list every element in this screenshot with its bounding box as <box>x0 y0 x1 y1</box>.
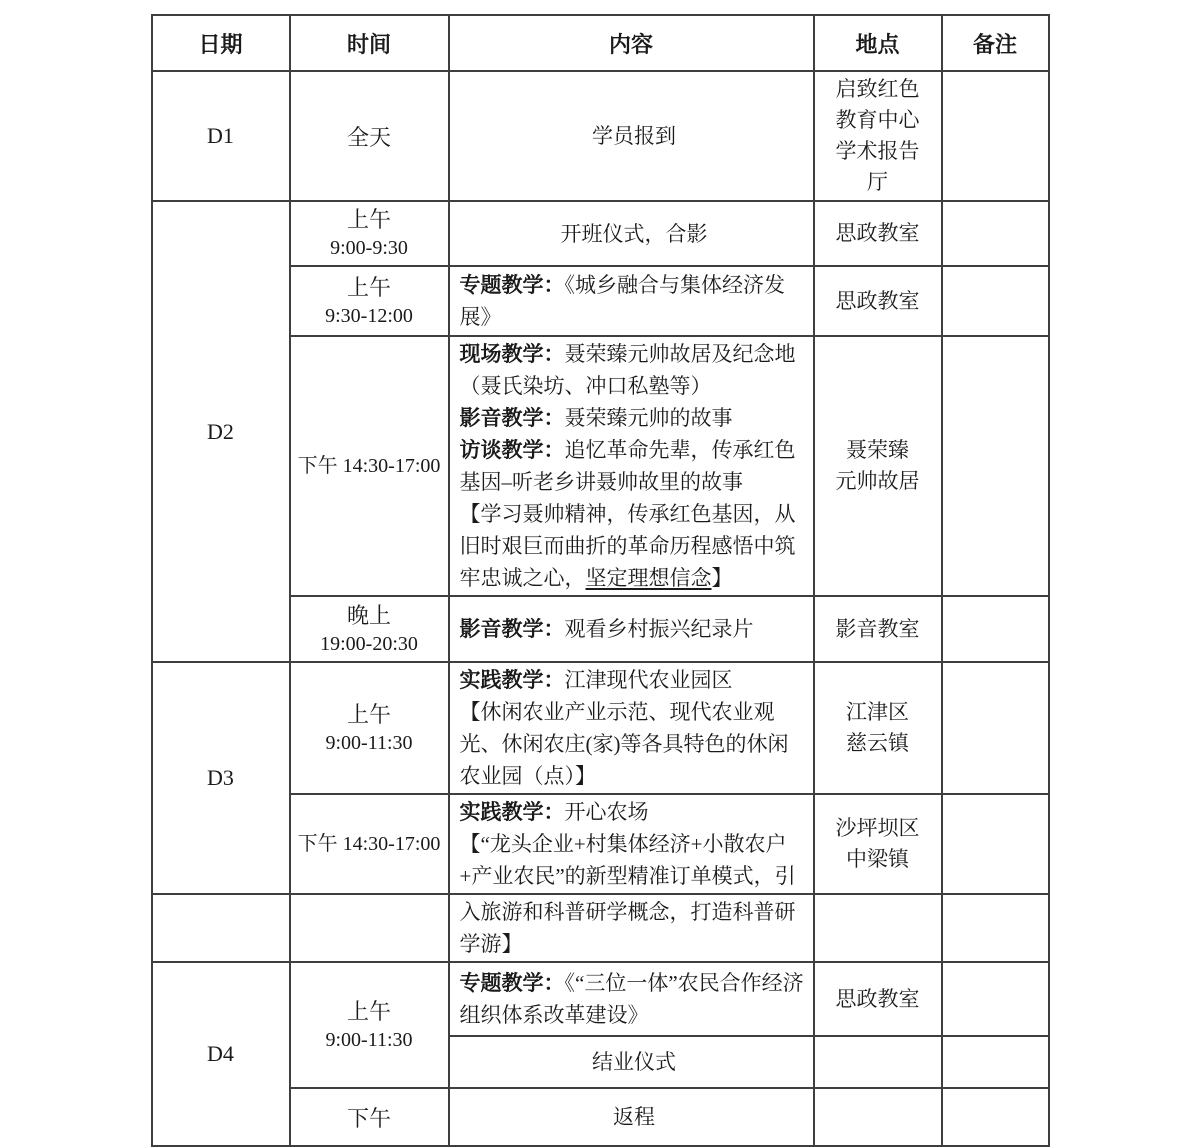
row-d1: D1 全天 学员报到 启致红色 教育中心 学术报告 厅 <box>152 71 1049 201</box>
time-range: 9:00-11:30 <box>293 730 446 757</box>
row-d2-morning1: D2 上午 9:00-9:30 开班仪式，合影 思政教室 <box>152 201 1049 266</box>
time-range: 9:00-9:30 <box>293 235 446 262</box>
time-range: 下午 14:30-17:00 <box>293 453 446 479</box>
time-period: 上午 <box>293 700 446 730</box>
teaching-type-label: 访谈教学： <box>460 438 565 462</box>
notes-cell <box>942 71 1049 201</box>
header-time: 时间 <box>290 15 449 71</box>
content-cell-d3r1: 实践教学：江津现代农业园区 【休闲农业产业示范、现代农业观光、休闲农庄(家)等各… <box>449 662 814 794</box>
content-text: 江津现代农业园区 <box>565 668 733 692</box>
time-period: 晚上 <box>293 601 446 631</box>
content-segment: 影音教学：聂荣臻元帅的故事 <box>460 402 809 434</box>
content-text: 聂荣臻元帅的故事 <box>565 406 733 430</box>
row-d3-morning: D3 上午 9:00-11:30 实践教学：江津现代农业园区 【休闲农业产业示范… <box>152 662 1049 794</box>
content-cell-d4r2: 结业仪式 <box>449 1036 814 1088</box>
time-period: 上午 <box>293 997 446 1027</box>
time-range: 9:00-11:30 <box>293 1027 446 1054</box>
teaching-type-label: 专题教学： <box>460 273 565 297</box>
content-cell-d2r1: 开班仪式，合影 <box>449 201 814 266</box>
content-cell-overflow: 入旅游和科普研学概念，打造科普研学游】 <box>449 894 814 962</box>
location-cell-empty <box>814 894 942 962</box>
location-cell-d1: 启致红色 教育中心 学术报告 厅 <box>814 71 942 201</box>
teaching-type-label: 实践教学： <box>460 800 565 824</box>
content-text: 观看乡村振兴纪录片 <box>565 617 754 641</box>
notes-cell <box>942 962 1049 1036</box>
time-cell-d2r3: 下午 14:30-17:00 <box>290 336 449 596</box>
time-period: 上午 <box>293 205 446 235</box>
location-cell-d2r3: 聂荣臻 元帅故居 <box>814 336 942 596</box>
notes-cell <box>942 662 1049 794</box>
content-segment: 【学习聂帅精神，传承红色基因，从旧时艰巨而曲折的革命历程感悟中筑牢忠诚之心，坚定… <box>460 498 809 594</box>
location-cell-d4r1: 思政教室 <box>814 962 942 1036</box>
training-schedule-table: 日期 时间 内容 地点 备注 D1 全天 学员报到 启致红色 教育中心 学术报告… <box>151 14 1050 1147</box>
content-segment: 实践教学：江津现代农业园区 <box>460 664 809 696</box>
row-d4-lecture: D4 上午 9:00-11:30 专题教学：《“三位一体”农民合作经济组织体系改… <box>152 962 1049 1036</box>
time-cell-d3r2: 下午 14:30-17:00 <box>290 794 449 894</box>
header-location: 地点 <box>814 15 942 71</box>
content-segment: 【“龙头企业+村集体经济+小散农户+产业农民”的新型精准订单模式，引 <box>460 828 809 892</box>
teaching-type-label: 影音教学： <box>460 406 565 430</box>
content-cell-d3r2: 实践教学：开心农场 【“龙头企业+村集体经济+小散农户+产业农民”的新型精准订单… <box>449 794 814 894</box>
teaching-type-label: 实践教学： <box>460 668 565 692</box>
underlined-text: 坚定理想信念 <box>586 566 712 590</box>
time-range: 9:30-12:00 <box>293 303 446 330</box>
content-cell-d4r3: 返程 <box>449 1088 814 1146</box>
content-cell-d2r3: 现场教学：聂荣臻元帅故居及纪念地（聂氏染坊、冲口私塾等） 影音教学：聂荣臻元帅的… <box>449 336 814 596</box>
location-cell-empty <box>814 1036 942 1088</box>
time-range: 19:00-20:30 <box>293 631 446 658</box>
content-text: 】 <box>712 566 733 590</box>
time-cell-d2r4: 晚上 19:00-20:30 <box>290 596 449 662</box>
date-cell-d4: D4 <box>152 962 290 1146</box>
notes-cell <box>942 1036 1049 1088</box>
content-segment: 现场教学：聂荣臻元帅故居及纪念地（聂氏染坊、冲口私塾等） <box>460 338 809 402</box>
time-cell-d1: 全天 <box>290 71 449 201</box>
header-date: 日期 <box>152 15 290 71</box>
time-range: 下午 14:30-17:00 <box>293 831 446 857</box>
content-cell-d2r2: 专题教学：《城乡融合与集体经济发展》 <box>449 266 814 336</box>
notes-cell <box>942 794 1049 894</box>
location-cell-d3r1: 江津区 慈云镇 <box>814 662 942 794</box>
content-text: 开心农场 <box>565 800 649 824</box>
time-cell-d2r2: 上午 9:30-12:00 <box>290 266 449 336</box>
header-content: 内容 <box>449 15 814 71</box>
location-cell-d2r2: 思政教室 <box>814 266 942 336</box>
date-cell-d1: D1 <box>152 71 290 201</box>
teaching-type-label: 影音教学： <box>460 617 565 641</box>
content-cell-d1: 学员报到 <box>449 71 814 201</box>
teaching-type-label: 现场教学： <box>460 342 565 366</box>
notes-cell <box>942 266 1049 336</box>
time-cell-d4r3: 下午 <box>290 1088 449 1146</box>
table-header-row: 日期 时间 内容 地点 备注 <box>152 15 1049 71</box>
teaching-type-label: 专题教学： <box>460 971 565 995</box>
date-cell-d2: D2 <box>152 201 290 662</box>
location-cell-d3r2: 沙坪坝区 中梁镇 <box>814 794 942 894</box>
location-cell-d2r4: 影音教室 <box>814 596 942 662</box>
location-cell-d2r1: 思政教室 <box>814 201 942 266</box>
content-cell-d2r4: 影音教学：观看乡村振兴纪录片 <box>449 596 814 662</box>
date-cell-d3: D3 <box>152 662 290 894</box>
header-notes: 备注 <box>942 15 1049 71</box>
notes-cell <box>942 336 1049 596</box>
notes-cell <box>942 596 1049 662</box>
row-overflow: 入旅游和科普研学概念，打造科普研学游】 <box>152 894 1049 962</box>
notes-cell <box>942 894 1049 962</box>
time-cell-empty <box>290 894 449 962</box>
date-cell-empty <box>152 894 290 962</box>
content-cell-d4r1: 专题教学：《“三位一体”农民合作经济组织体系改革建设》 <box>449 962 814 1036</box>
location-cell-empty <box>814 1088 942 1146</box>
content-segment: 访谈教学：追忆革命先辈，传承红色基因–听老乡讲聂帅故里的故事 <box>460 434 809 498</box>
content-segment: 实践教学：开心农场 <box>460 796 809 828</box>
time-cell-d2r1: 上午 9:00-9:30 <box>290 201 449 266</box>
content-text: 【“龙头企业+村集体经济+小散农户+产业农民”的新型精准订单模式，引 <box>460 832 796 888</box>
time-cell-d3r1: 上午 9:00-11:30 <box>290 662 449 794</box>
time-period: 上午 <box>293 273 446 303</box>
notes-cell <box>942 1088 1049 1146</box>
notes-cell <box>942 201 1049 266</box>
time-cell-d4r1: 上午 9:00-11:30 <box>290 962 449 1088</box>
content-text: 【休闲农业产业示范、现代农业观光、休闲农庄(家)等各具特色的休闲农业园（点）】 <box>460 700 789 788</box>
content-segment: 【休闲农业产业示范、现代农业观光、休闲农庄(家)等各具特色的休闲农业园（点）】 <box>460 696 809 792</box>
